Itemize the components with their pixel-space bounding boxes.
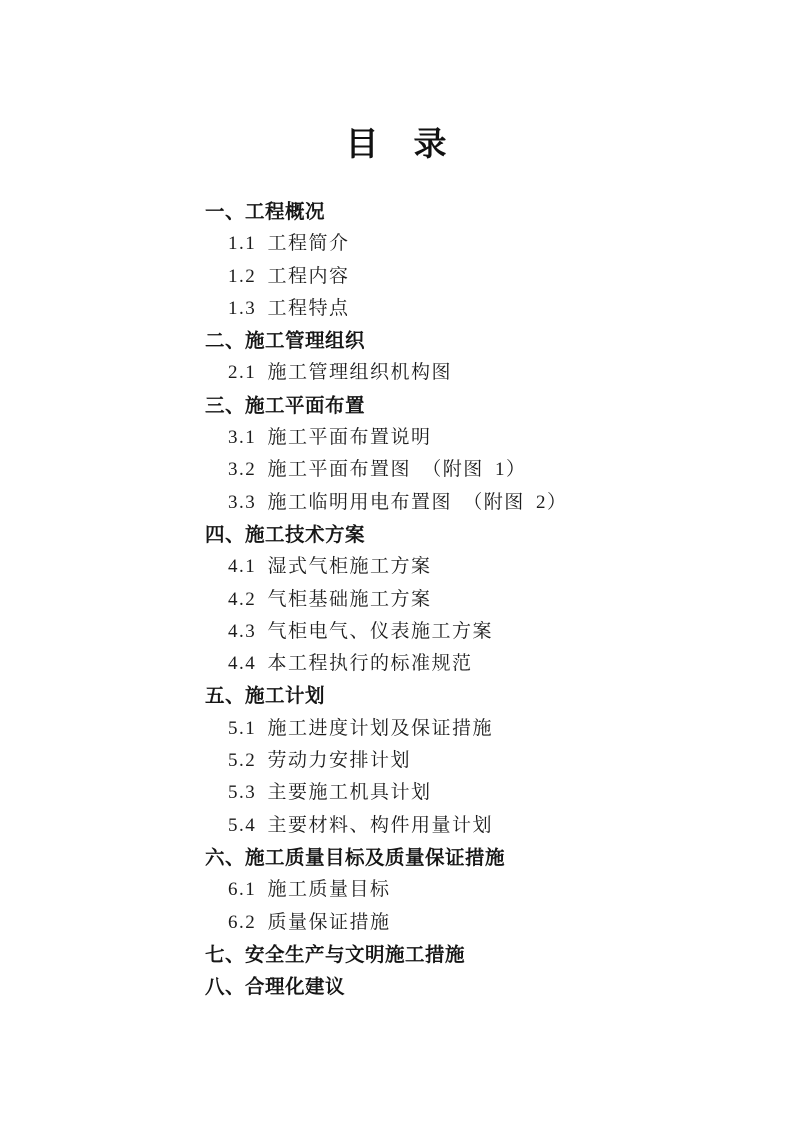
toc-heading: 二、施工管理组织 (205, 325, 763, 357)
toc-entry: 4.3 气柜电气、仪表施工方案 (228, 616, 763, 648)
toc-entry: 2.1 施工管理组织机构图 (228, 357, 763, 389)
toc-entry: 3.3 施工临明用电布置图 （附图 2） (228, 487, 763, 519)
toc-heading: 六、施工质量目标及质量保证措施 (205, 842, 763, 874)
toc-entry: 3.1 施工平面布置说明 (228, 422, 763, 454)
toc-heading: 八、合理化建议 (205, 971, 763, 1003)
toc-entry: 5.2 劳动力安排计划 (228, 745, 763, 777)
toc-entry: 6.1 施工质量目标 (228, 874, 763, 906)
toc-entry: 4.4 本工程执行的标准规范 (228, 648, 763, 680)
document-title: 目 录 (0, 123, 793, 165)
toc-heading: 三、施工平面布置 (205, 390, 763, 422)
toc-entry: 1.1 工程简介 (228, 228, 763, 260)
toc-entry: 5.3 主要施工机具计划 (228, 777, 763, 809)
toc-heading: 五、施工计划 (205, 680, 763, 712)
toc-heading: 七、安全生产与文明施工措施 (205, 939, 763, 971)
toc-entry: 3.2 施工平面布置图 （附图 1） (228, 454, 763, 486)
toc-entry: 6.2 质量保证措施 (228, 907, 763, 939)
toc-entry: 4.2 气柜基础施工方案 (228, 584, 763, 616)
toc-entry: 1.2 工程内容 (228, 261, 763, 293)
document-page: 目 录 一、工程概况 1.1 工程简介 1.2 工程内容 1.3 工程特点 二、… (0, 0, 793, 1122)
toc-entry: 5.4 主要材料、构件用量计划 (228, 810, 763, 842)
toc-entry: 1.3 工程特点 (228, 293, 763, 325)
table-of-contents: 一、工程概况 1.1 工程简介 1.2 工程内容 1.3 工程特点 二、施工管理… (205, 196, 763, 1003)
toc-entry: 4.1 湿式气柜施工方案 (228, 551, 763, 583)
toc-heading: 四、施工技术方案 (205, 519, 763, 551)
toc-entry: 5.1 施工进度计划及保证措施 (228, 713, 763, 745)
toc-heading: 一、工程概况 (205, 196, 763, 228)
